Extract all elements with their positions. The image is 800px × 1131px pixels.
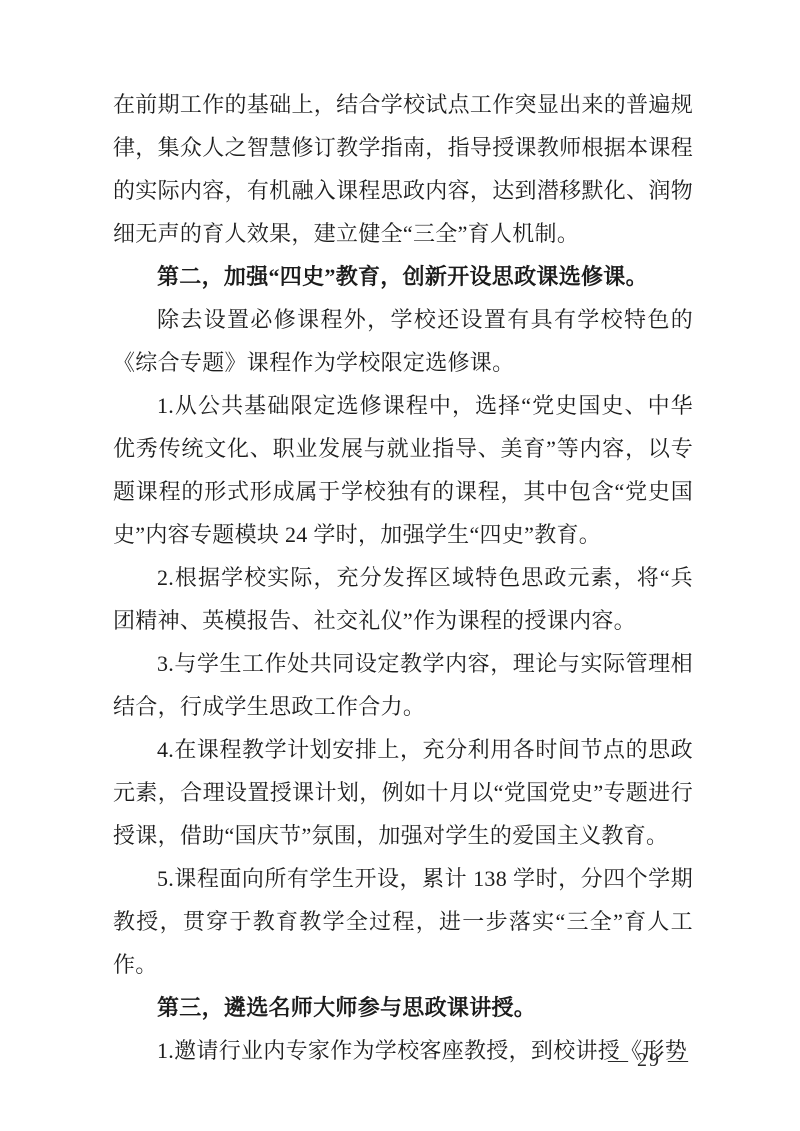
paragraph: 除去设置必修课程外，学校还设置有具有学校特色的《综合专题》课程作为学校限定选修课… — [113, 298, 693, 384]
numbered-item-3: 3.与学生工作处共同设定教学内容，理论与实际管理相结合，行成学生思政工作合力。 — [113, 642, 693, 728]
numbered-item-1: 1.从公共基础限定选修课程中，选择“党史国史、中华优秀传统文化、职业发展与就业指… — [113, 384, 693, 556]
numbered-item-5: 5.课程面向所有学生开设，累计 138 学时，分四个学期教授，贯穿于教育教学全过… — [113, 857, 693, 986]
paragraph-continuation: 在前期工作的基础上，结合学校试点工作突显出来的普遍规律，集众人之智慧修订教学指南… — [113, 83, 693, 255]
document-page: 在前期工作的基础上，结合学校试点工作突显出来的普遍规律，集众人之智慧修订教学指南… — [0, 0, 800, 1131]
numbered-item-4: 4.在课程教学计划安排上，充分利用各时间节点的思政元素，合理设置授课计划，例如十… — [113, 728, 693, 857]
page-number: — 29 — — [608, 1045, 690, 1075]
section-heading-third: 第三，遴选名师大师参与思政课讲授。 — [113, 986, 693, 1029]
section-heading-second: 第二，加强“四史”教育，创新开设思政课选修课。 — [113, 255, 693, 298]
numbered-item-2: 2.根据学校实际，充分发挥区域特色思政元素，将“兵团精神、英模报告、社交礼仪”作… — [113, 556, 693, 642]
numbered-item-truncated: 1.邀请行业内专家作为学校客座教授，到校讲授《形势 — [113, 1029, 693, 1072]
document-body: 在前期工作的基础上，结合学校试点工作突显出来的普遍规律，集众人之智慧修订教学指南… — [113, 83, 693, 1072]
